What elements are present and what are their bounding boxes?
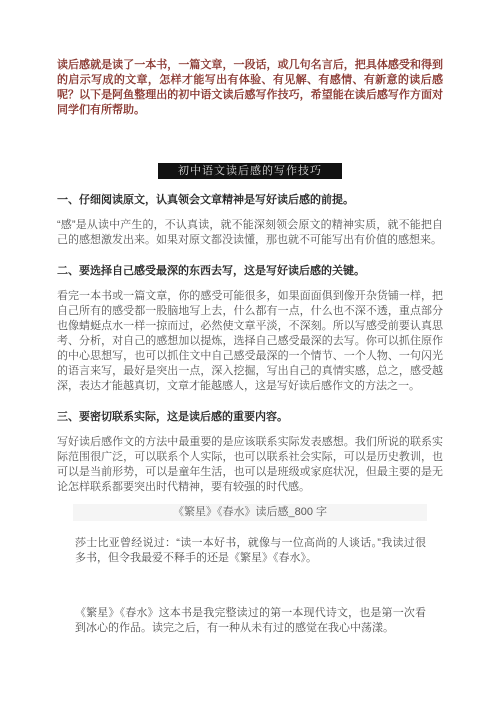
section-2-heading: 二、要选择自己感受最深的东西去写，这是写好读后感的关键。 <box>57 264 443 279</box>
section-1-body: “感”是从读中产生的，不认真读，就不能深刻领会原文的精神实质，就不能把自己的感想… <box>57 218 443 248</box>
intro-paragraph: 读后感就是读了一本书，一篇文章，一段话，或几句名言后，把具体感受和得到的启示写成… <box>57 58 443 118</box>
article-title-banner: 初中语文读后感的写作技巧 <box>158 163 342 179</box>
essay-paragraph-1: 莎士比亚曾经说过：“读一本好书，就像与一位高尚的人谈话。”我读过很多书，但令我最… <box>75 536 426 566</box>
essay-title-band: 《繁星》《春水》读后感_800 字 <box>73 504 427 521</box>
article-title-row: 初中语文读后感的写作技巧 <box>57 161 443 177</box>
essay-paragraph-2: 《繁星》《春水》这本书是我完整读过的第一本现代诗文，也是第一次看到冰心的作品。读… <box>75 606 426 636</box>
section-1-heading: 一、仔细阅读原文，认真领会文章精神是写好读后感的前提。 <box>57 193 443 208</box>
section-3-body: 写好读后感作文的方法中最重要的是应该联系实际发表感想。我们所说的联系实际范围很广… <box>57 435 443 495</box>
section-3-heading: 三、要密切联系实际，这是读后感的重要内容。 <box>57 410 443 425</box>
document-page: 读后感就是读了一本书，一篇文章，一段话，或几句名言后，把具体感受和得到的启示写成… <box>0 0 500 636</box>
section-2-body: 看完一本书或一篇文章，你的感受可能很多，如果面面俱到像开杂货铺一样，把自己所有的… <box>57 289 443 394</box>
